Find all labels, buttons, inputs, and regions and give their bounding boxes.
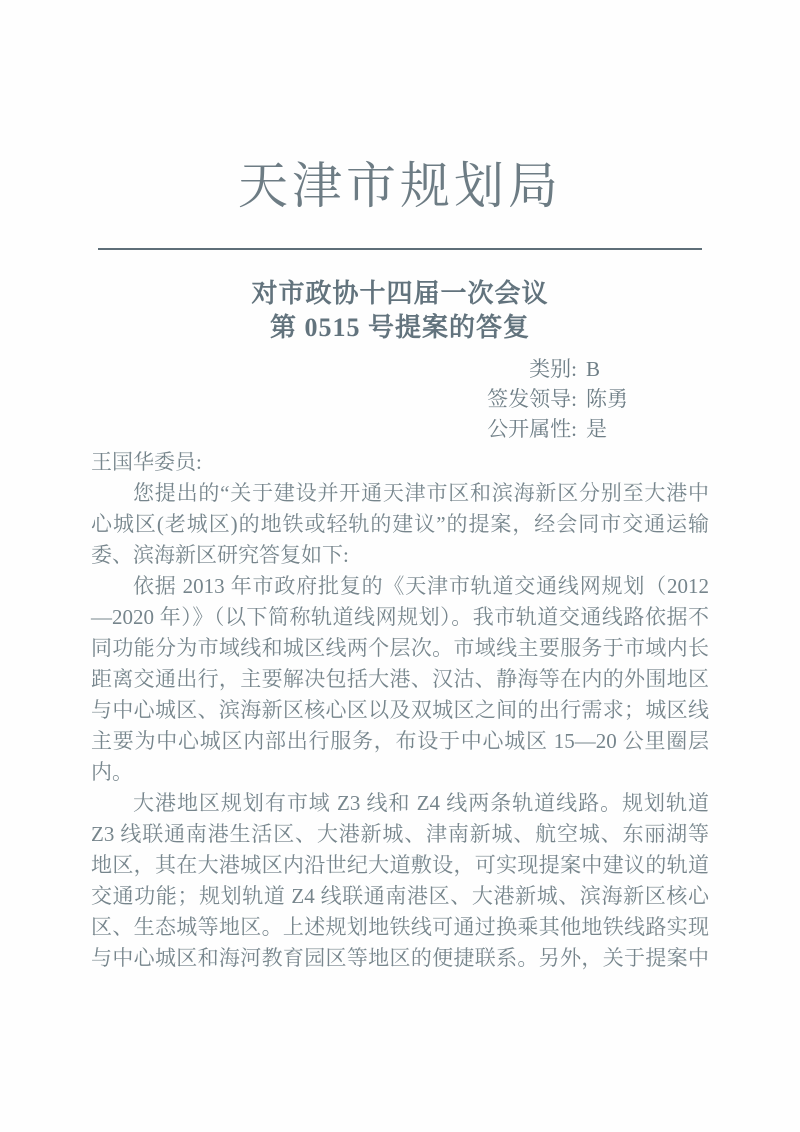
scanned-document-page: 天津市规划局 对市政协十四届一次会议 第 0515 号提案的答复 类别: B 签… [0, 0, 800, 1132]
body-line: 与中心城区、滨海新区核心区以及双城区之间的出行需求；城区线 [91, 695, 709, 726]
header-divider-line [98, 248, 702, 250]
body-line: 委、滨海新区研究答复如下: [91, 540, 709, 571]
document-title: 对市政协十四届一次会议 第 0515 号提案的答复 [0, 277, 800, 345]
body-line: Z3 线联通南港生活区、大港新城、津南新城、航空城、东丽湖等 [91, 819, 709, 850]
document-title-line-1: 对市政协十四届一次会议 [0, 277, 800, 311]
body-line: 您提出的“关于建设并开通天津市区和滨海新区分别至大港中 [91, 478, 709, 509]
letter-body: 王国华委员: 您提出的“关于建设并开通天津市区和滨海新区分别至大港中 心城区(老… [91, 447, 709, 974]
body-line: 地区，其在大港城区内沿世纪大道敷设，可实现提案中建议的轨道 [91, 850, 709, 881]
body-line: 内。 [91, 757, 709, 788]
agency-name: 天津市规划局 [0, 0, 800, 218]
body-line: 与中心城区和海河教育园区等地区的便捷联系。另外，关于提案中 [91, 943, 709, 974]
meta-label-category: 类别: [459, 354, 577, 384]
body-line: 大港地区规划有市域 Z3 线和 Z4 线两条轨道线路。规划轨道 [91, 788, 709, 819]
meta-value-signing-leader: 陈勇 [586, 384, 644, 414]
meta-value-public-attribute: 是 [586, 414, 644, 444]
meta-row-category: 类别: B [459, 354, 644, 384]
meta-row-public-attribute: 公开属性: 是 [459, 414, 644, 444]
meta-value-category: B [586, 354, 644, 384]
meta-label-signing-leader: 签发领导: [459, 384, 577, 414]
body-line: 心城区(老城区)的地铁或轻轨的建议”的提案，经会同市交通运输 [91, 509, 709, 540]
salutation: 王国华委员: [91, 447, 709, 478]
body-line: 同功能分为市域线和城区线两个层次。市域线主要服务于市域内长 [91, 633, 709, 664]
body-line: 依据 2013 年市政府批复的《天津市轨道交通线网规划（2012 [91, 571, 709, 602]
body-line: 区、生态城等地区。上述规划地铁线可通过换乘其他地铁线路实现 [91, 912, 709, 943]
body-line: 主要为中心城区内部出行服务，布设于中心城区 15—20 公里圈层 [91, 726, 709, 757]
document-title-line-2: 第 0515 号提案的答复 [0, 311, 800, 345]
document-meta: 类别: B 签发领导: 陈勇 公开属性: 是 [0, 354, 644, 444]
body-line: 交通功能；规划轨道 Z4 线联通南港区、大港新城、滨海新区核心 [91, 881, 709, 912]
meta-label-public-attribute: 公开属性: [459, 414, 577, 444]
body-line: —2020 年）》（以下简称轨道线网规划）。我市轨道交通线路依据不 [91, 602, 709, 633]
body-line: 距离交通出行，主要解决包括大港、汉沽、静海等在内的外围地区 [91, 664, 709, 695]
meta-row-signing-leader: 签发领导: 陈勇 [459, 384, 644, 414]
